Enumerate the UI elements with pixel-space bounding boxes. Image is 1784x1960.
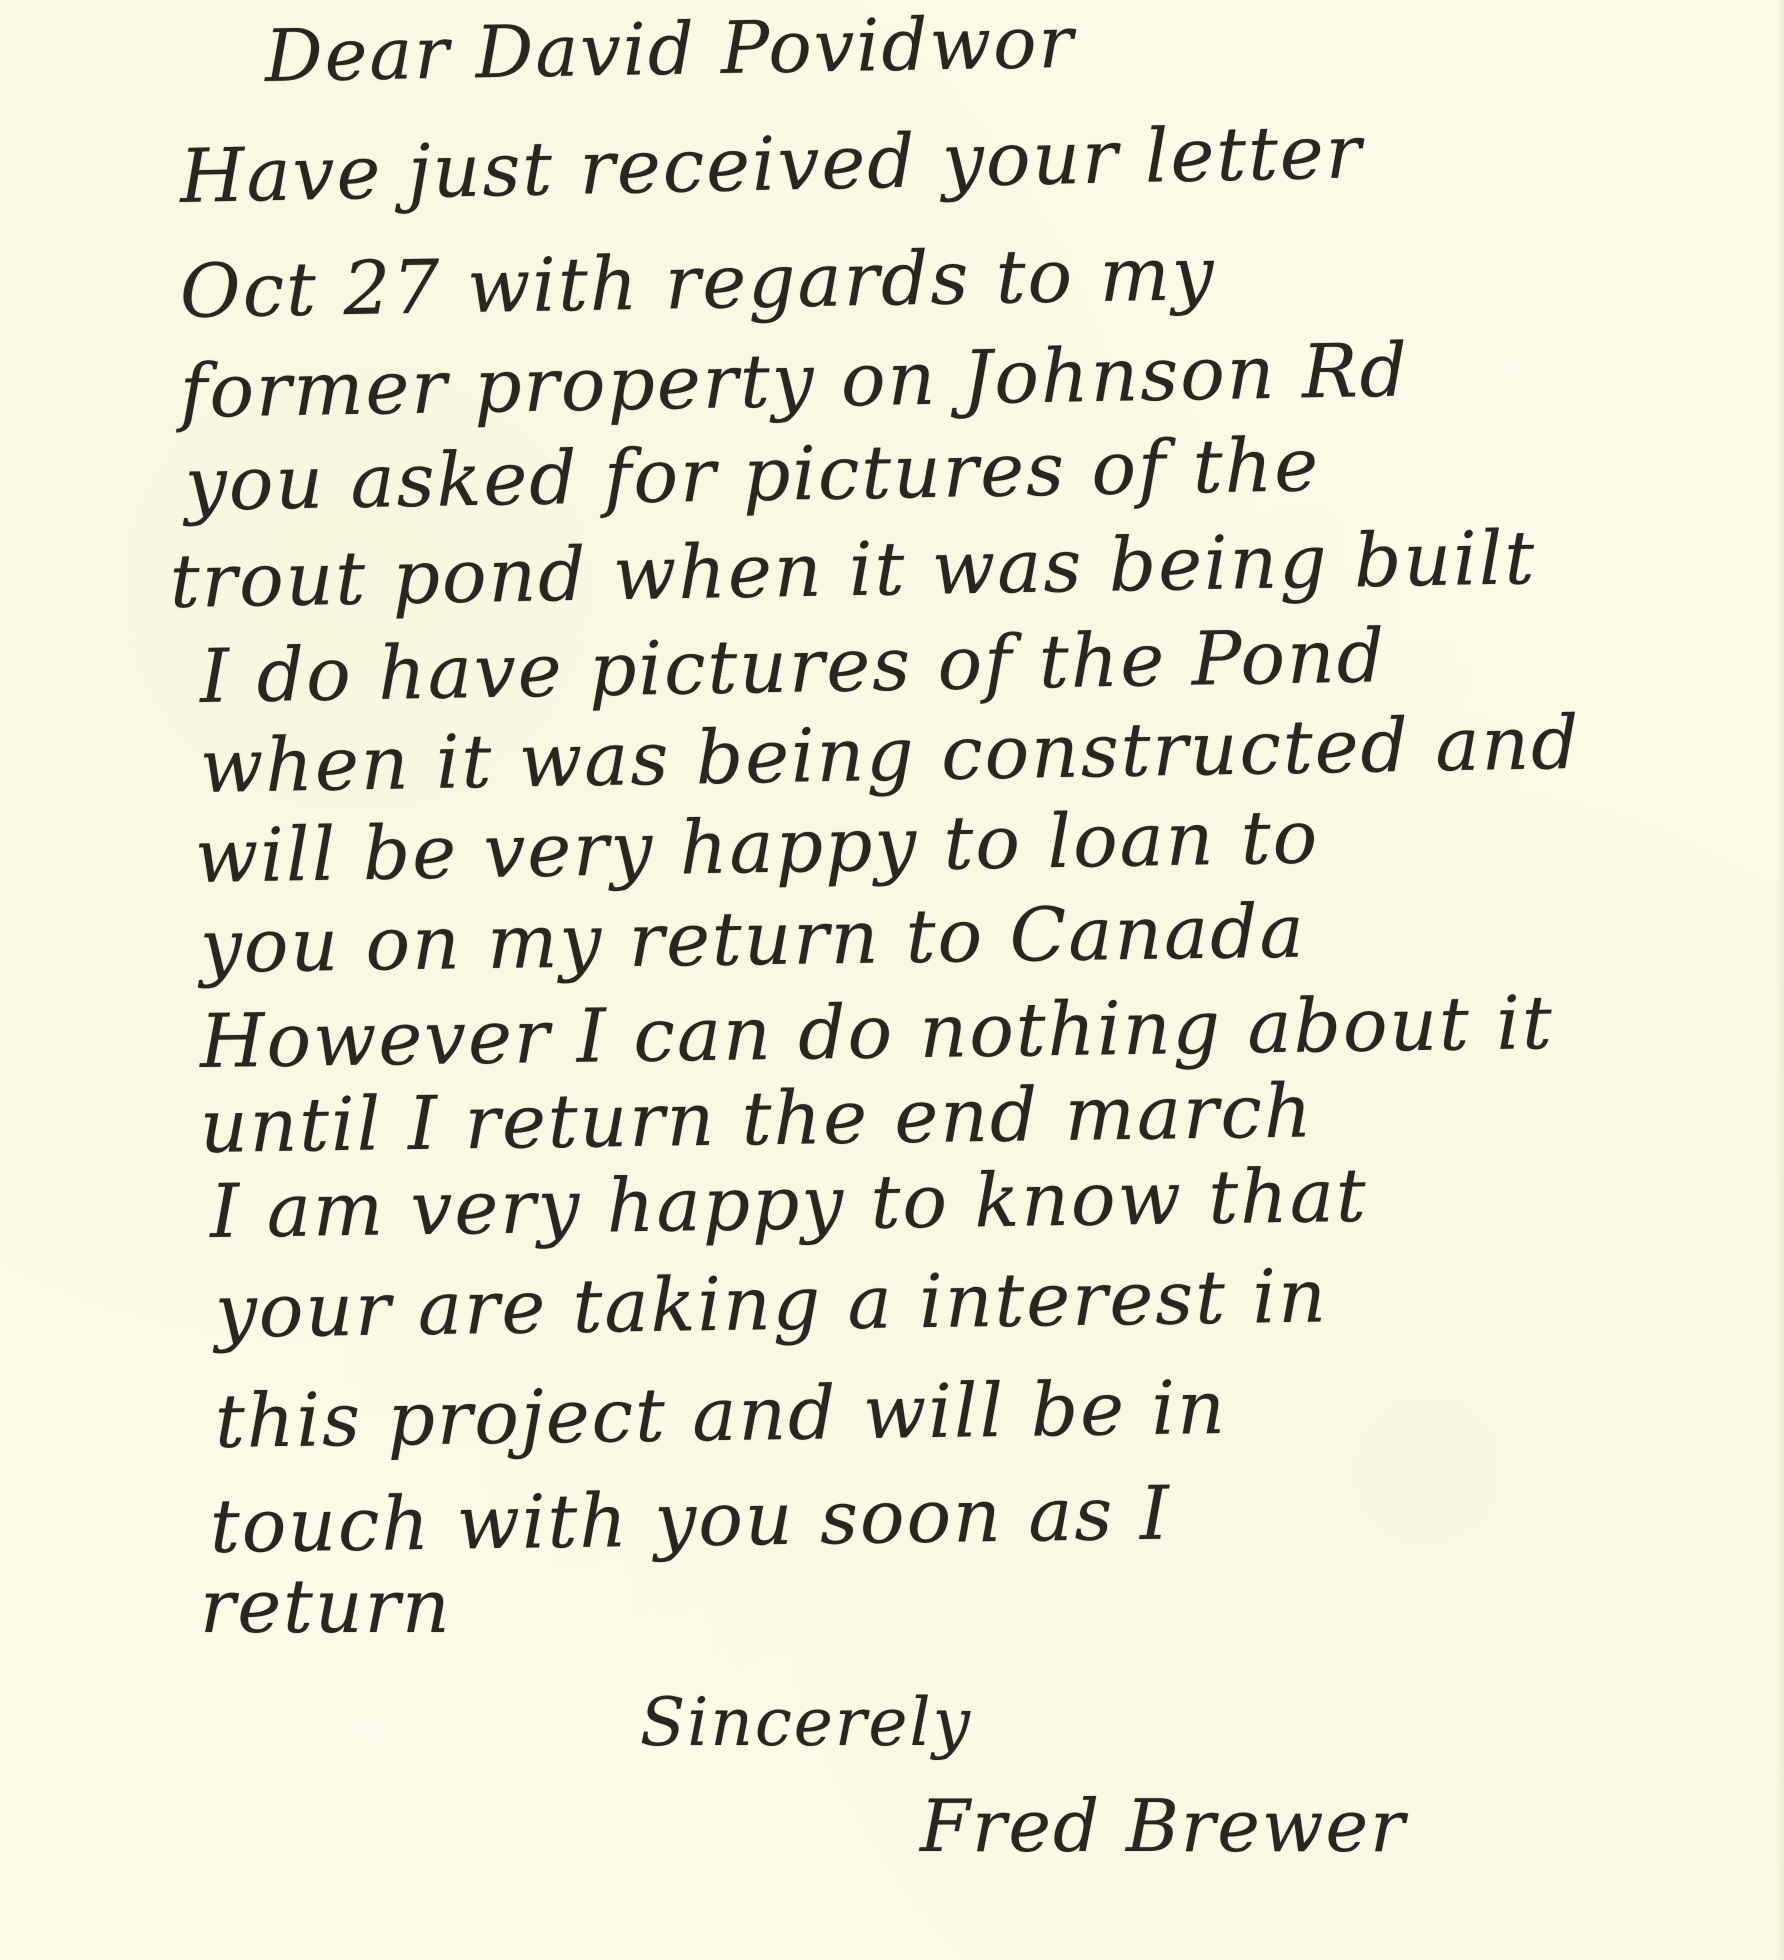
letter-line: you on my return to Canada	[199, 895, 1306, 984]
closing: Sincerely	[640, 1690, 972, 1756]
letter-line: However I can do nothing about it	[199, 986, 1554, 1079]
letter-page: Dear David Povidwor Have just received y…	[0, 0, 1784, 1960]
letter-line: you asked for pictures of the	[184, 428, 1320, 522]
letter-line: I do have pictures of the Pond	[199, 619, 1386, 714]
letter-line: return	[200, 1570, 452, 1644]
letter-line: trout pond when it was being built	[169, 521, 1536, 619]
letter-line: touch with you soon as I	[209, 1477, 1171, 1564]
letter-line: will be very happy to loan to	[194, 800, 1319, 894]
letter-line: I am very happy to know that	[209, 1159, 1368, 1249]
letter-line: former property on Johnson Rd	[179, 334, 1409, 429]
letter-line: your are taking a interest in	[214, 1259, 1328, 1349]
letter-line: Have just received your letter	[179, 115, 1363, 214]
salutation: Dear David Povidwor	[264, 6, 1075, 92]
letter-line: until I return the end march	[199, 1074, 1314, 1164]
signature: Fred Brewer	[920, 1790, 1407, 1862]
paper-edge	[1776, 0, 1784, 1960]
letter-line: Oct 27 with regards to my	[179, 237, 1216, 329]
letter-line: when it was being constructed and	[199, 706, 1581, 804]
letter-line: this project and will be in	[214, 1371, 1227, 1459]
